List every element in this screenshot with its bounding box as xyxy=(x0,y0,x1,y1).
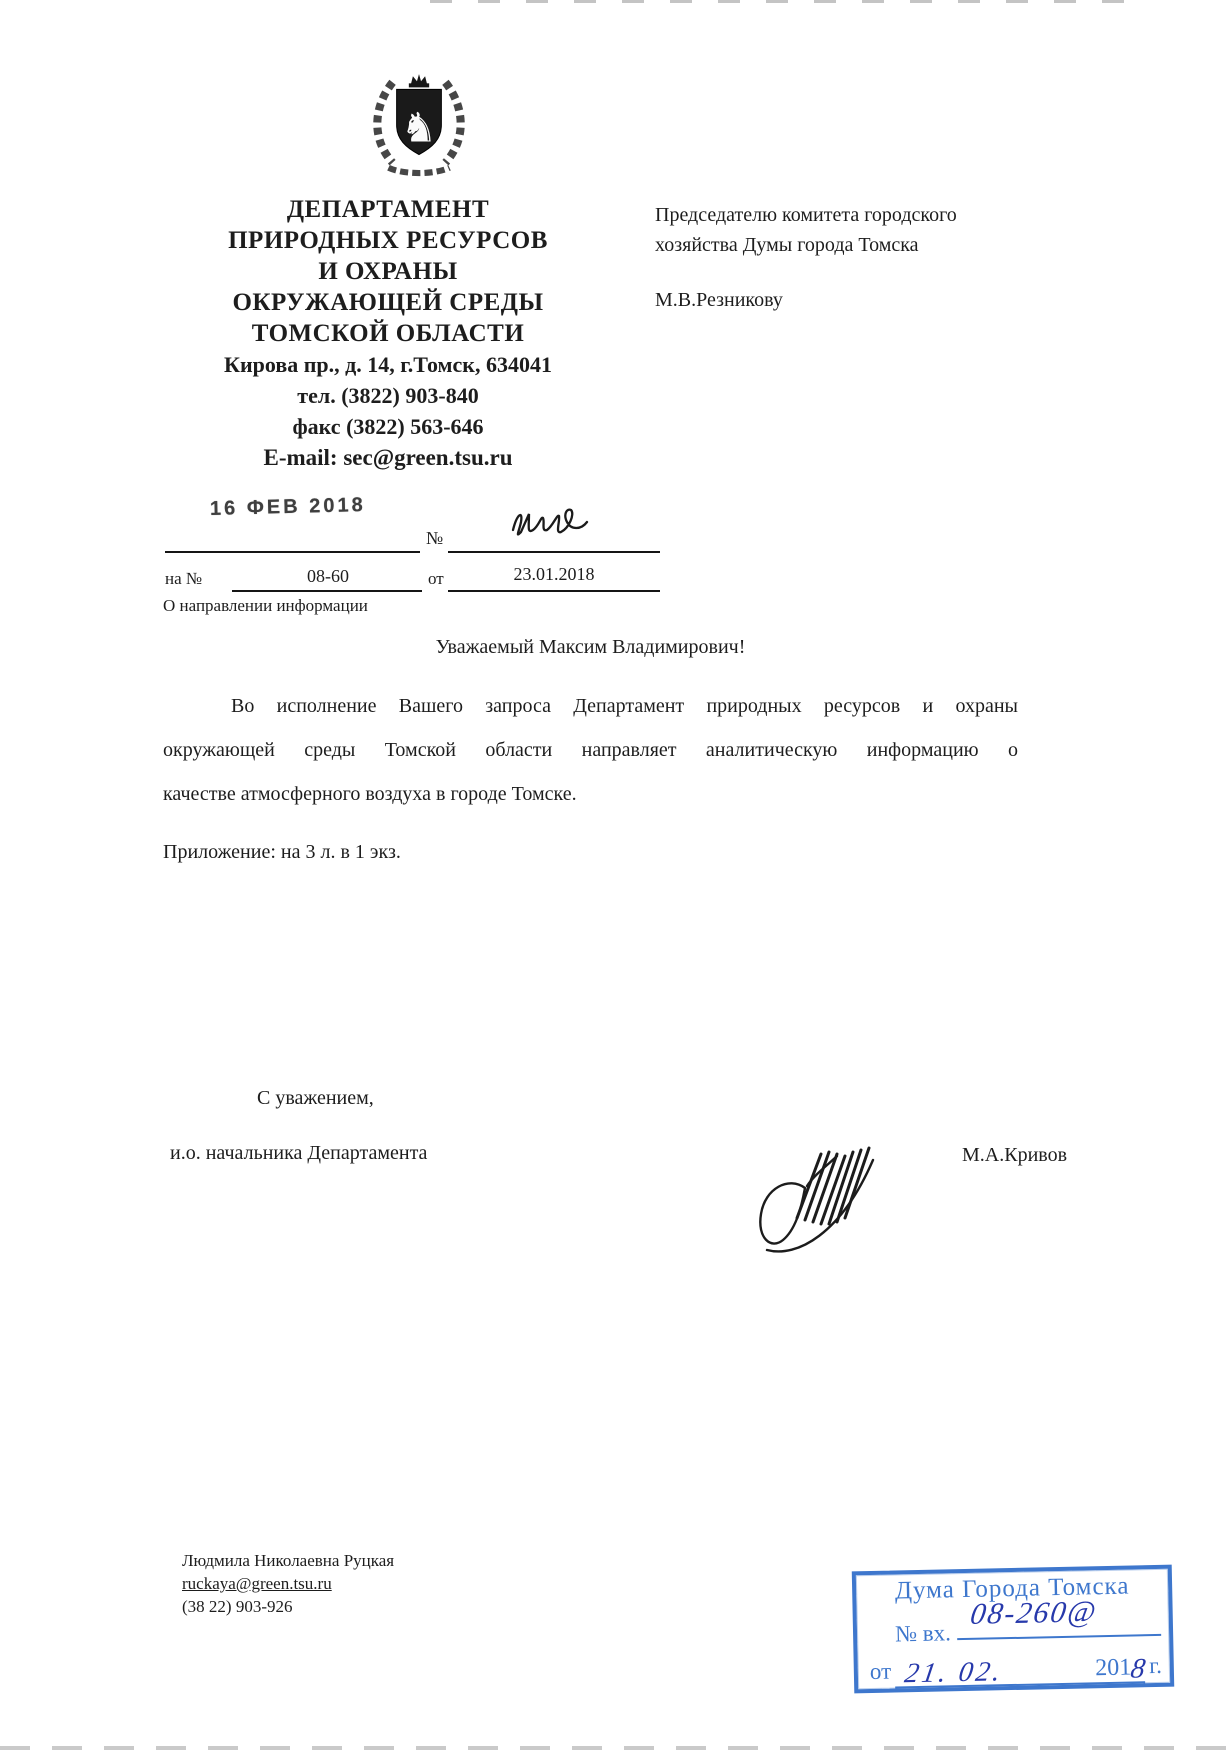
incoming-date-stamp: 16 ФЕВ 2018 xyxy=(210,494,366,521)
executor-phone: (38 22) 903-926 xyxy=(182,1595,394,1618)
number-label: № xyxy=(426,528,443,549)
body-line: качестве атмосферного воздуха в городе Т… xyxy=(163,772,1018,816)
number-field-line xyxy=(448,551,660,553)
stamp-year-suffix: г. xyxy=(1149,1653,1162,1679)
reply-number-value: 08-60 xyxy=(236,566,420,587)
stamp-year-printed: 201 xyxy=(1095,1655,1132,1683)
executor-name: Людмила Николаевна Руцкая xyxy=(182,1549,394,1572)
closing-phrase: С уважением, xyxy=(257,1087,374,1110)
stamp-date-handwritten: 21. 02. xyxy=(903,1656,1006,1690)
stamp-incoming-number-handwritten: 08-260@ xyxy=(968,1595,1100,1632)
body-line: окружающей среды Томской области направл… xyxy=(163,728,1018,772)
body-paragraph: Во исполнение Вашего запроса Департамент… xyxy=(163,684,1018,816)
handwritten-signature xyxy=(745,1126,900,1258)
reply-to-label: на № xyxy=(165,569,202,589)
date-field-line xyxy=(165,551,420,553)
subject-line: О направлении информации xyxy=(163,596,368,616)
scan-artifact-top-edge xyxy=(430,0,1130,3)
addressee-block: Председателю комитета городского хозяйст… xyxy=(655,200,1035,315)
reply-number-line xyxy=(232,590,422,592)
stamp-number-line: 08-260@ xyxy=(956,1602,1161,1640)
coat-of-arms-icon: ♞ xyxy=(358,68,480,180)
stamp-date-line: 21. 02. 201 8 xyxy=(895,1651,1146,1688)
scanned-letter-page: ♞ ДЕПАРТАМЕНТ ПРИРОДНЫХ РЕСУРСОВ И ОХРАН… xyxy=(0,0,1229,1752)
org-name-line: ОКРУЖАЮЩЕЙ СРЕДЫ xyxy=(118,287,658,318)
reply-date-line xyxy=(448,590,660,592)
org-email: E-mail: sec@green.tsu.ru xyxy=(118,442,658,473)
signer-position: и.о. начальника Департамента xyxy=(170,1142,427,1165)
org-name-line: ТОМСКОЙ ОБЛАСТИ xyxy=(118,318,658,349)
stamp-year-handwritten: 8 xyxy=(1129,1653,1148,1685)
white-horse-icon: ♞ xyxy=(401,103,437,151)
org-phone: тел. (3822) 903-840 xyxy=(118,380,658,411)
org-name-line: ДЕПАРТАМЕНТ xyxy=(118,194,658,225)
reply-date-label: от xyxy=(428,569,444,589)
letterhead: ДЕПАРТАМЕНТ ПРИРОДНЫХ РЕСУРСОВ И ОХРАНЫ … xyxy=(118,194,658,473)
body-line: Во исполнение Вашего запроса Департамент… xyxy=(163,684,1018,728)
org-fax: факс (3822) 563-646 xyxy=(118,411,658,442)
org-name-line: И ОХРАНЫ xyxy=(118,256,658,287)
org-name-line: ПРИРОДНЫХ РЕСУРСОВ xyxy=(118,225,658,256)
stamp-incoming-number-label: № вх. xyxy=(895,1620,951,1647)
attachment-note: Приложение: на 3 л. в 1 экз. xyxy=(163,841,401,864)
addressee-line: хозяйства Думы города Томска xyxy=(655,230,1035,260)
scan-artifact-bottom-edge xyxy=(0,1746,1229,1750)
stamp-date-label: от xyxy=(870,1659,892,1685)
addressee-name: М.В.Резникову xyxy=(655,285,1035,315)
executor-contact-block: Людмила Николаевна Руцкая ruckaya@green.… xyxy=(182,1549,394,1618)
addressee-line: Председателю комитета городского xyxy=(655,200,1035,230)
executor-email: ruckaya@green.tsu.ru xyxy=(182,1572,394,1595)
crown-icon xyxy=(411,74,427,84)
org-address: Кирова пр., д. 14, г.Томск, 634041 xyxy=(118,349,658,380)
signer-name: М.А.Кривов xyxy=(962,1144,1067,1167)
salutation: Уважаемый Максим Владимирович! xyxy=(163,636,1018,659)
handwritten-number-mark xyxy=(505,500,595,550)
incoming-registration-stamp: Дума Города Томска № вх. 08-260@ от 21. … xyxy=(852,1565,1174,1694)
reply-date-value: 23.01.2018 xyxy=(448,564,660,585)
